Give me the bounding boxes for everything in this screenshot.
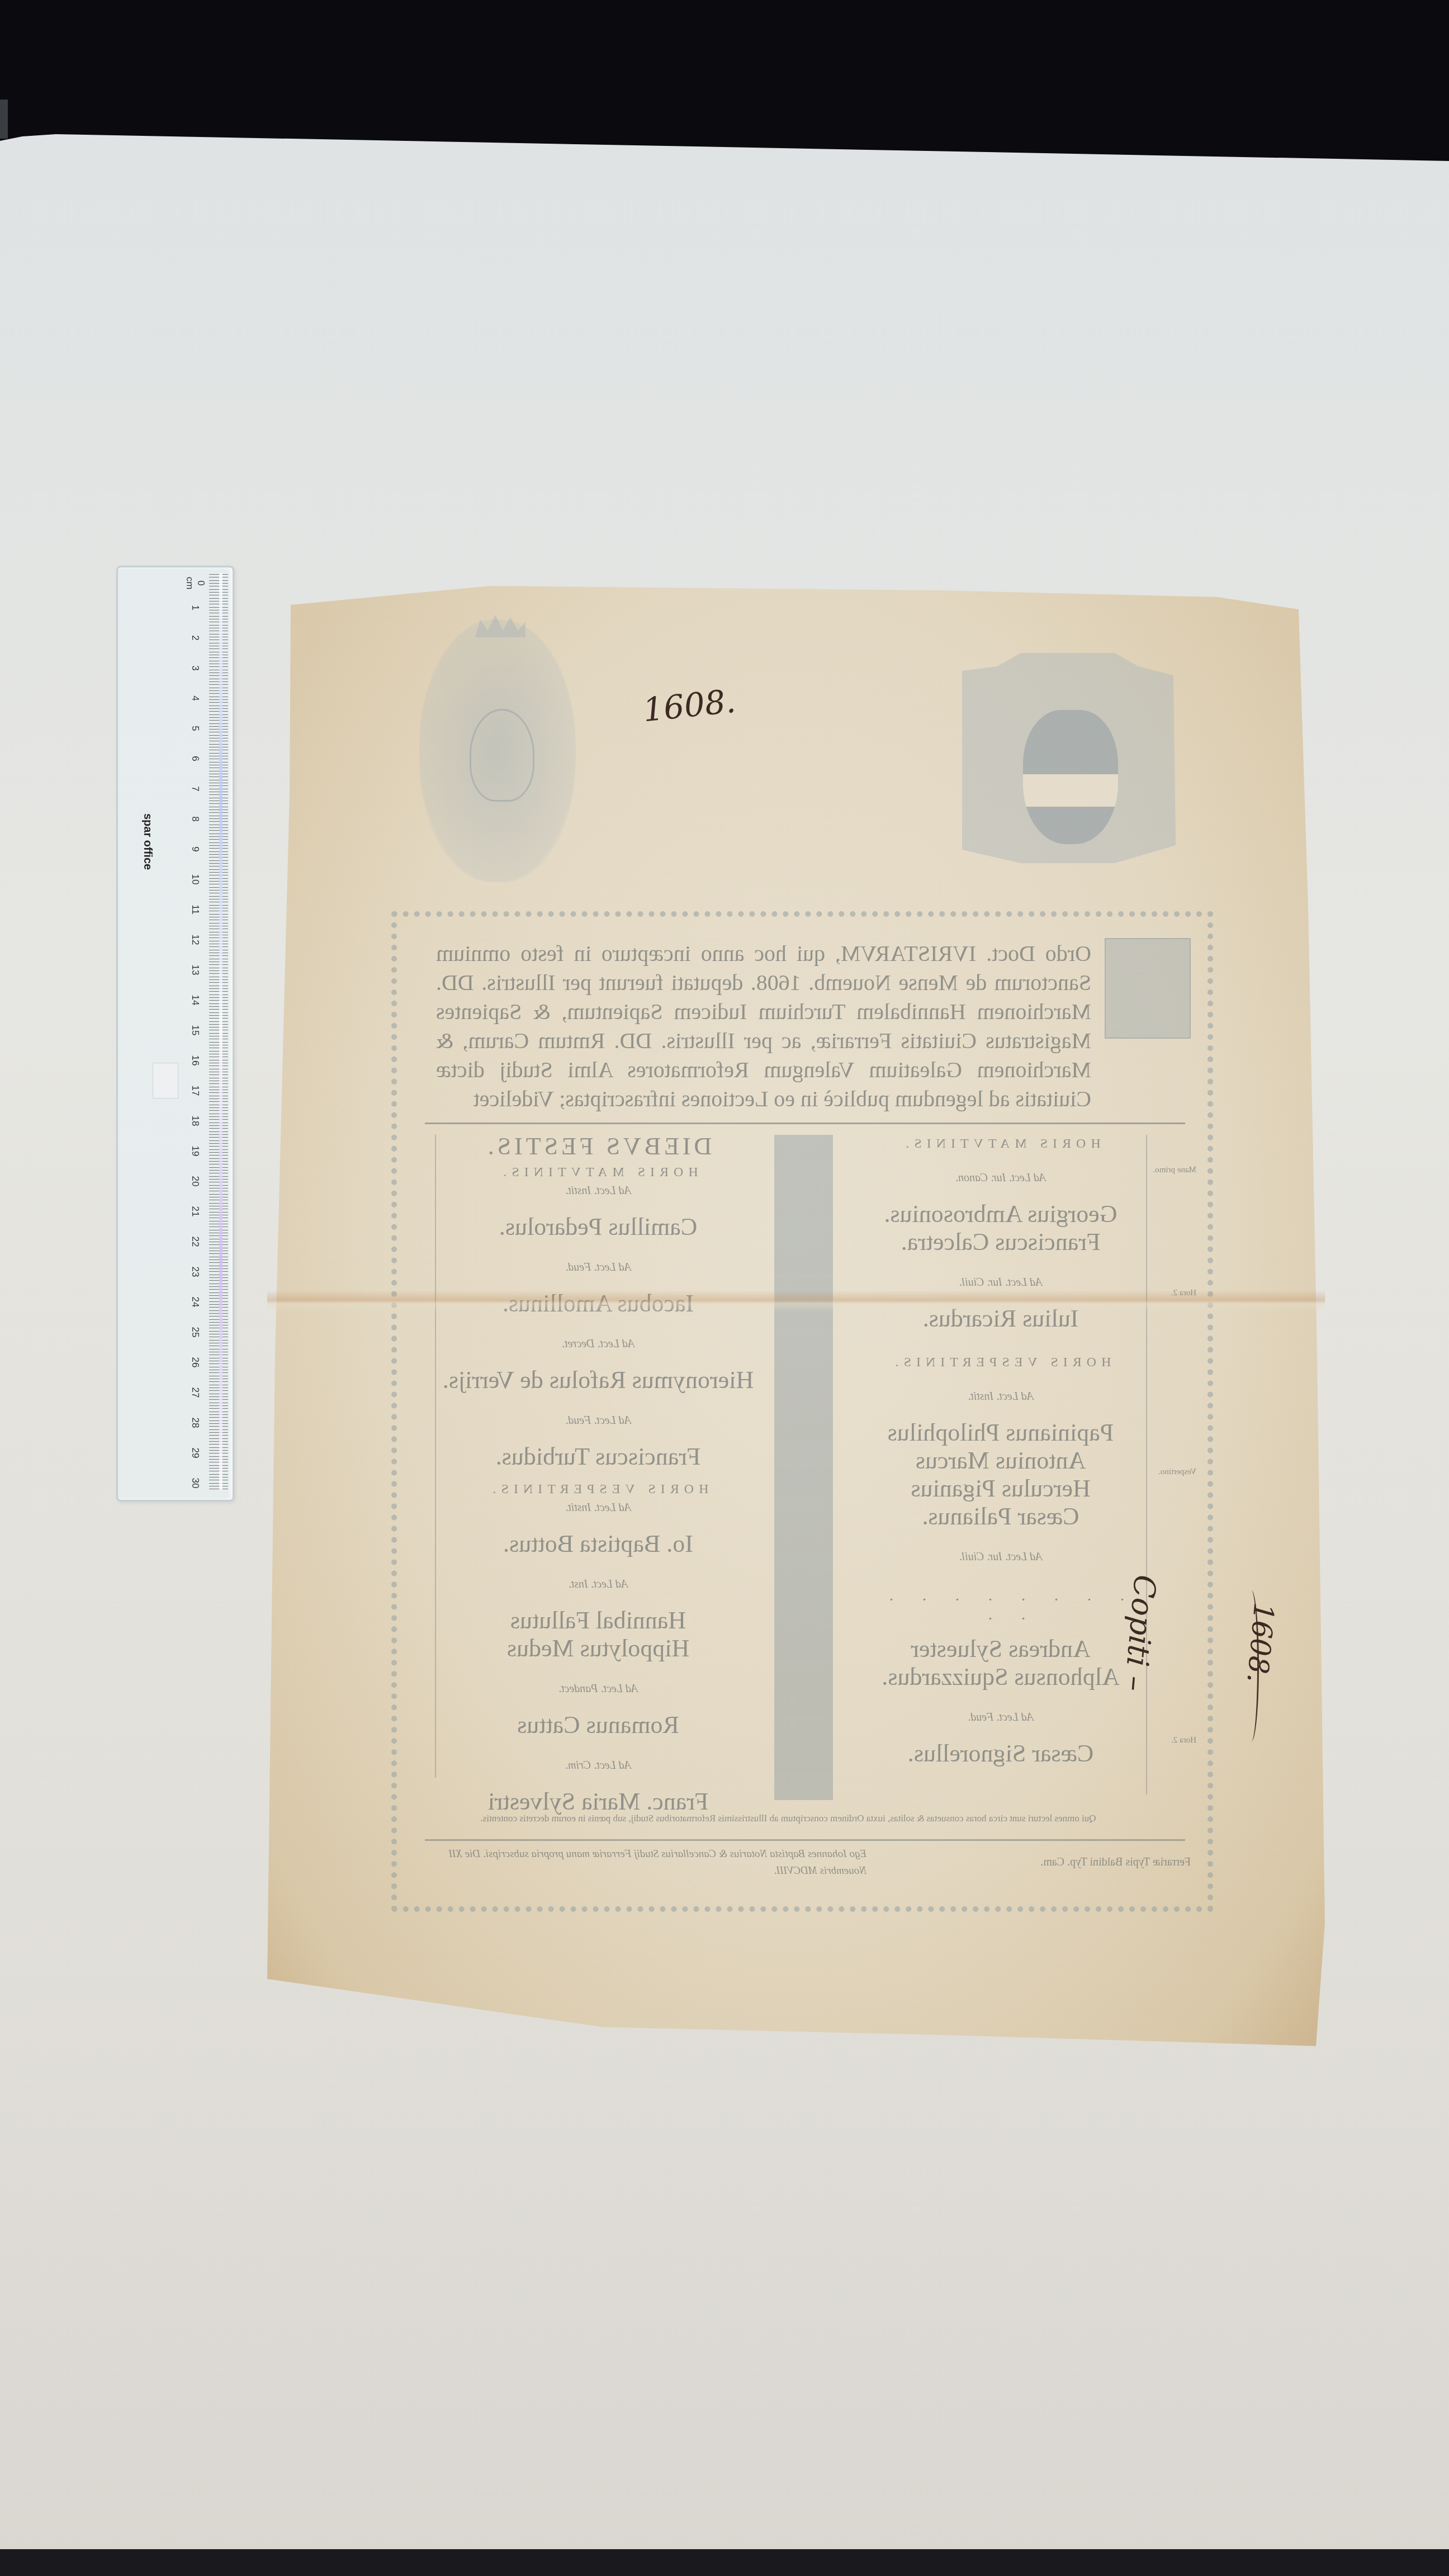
tape-corner: [0, 100, 8, 139]
ruler-tick: 13: [190, 962, 201, 978]
section-header: HORIS VESPERTINIS.: [861, 1355, 1140, 1370]
lecturer-name: Papinianus Philophilus: [861, 1419, 1140, 1447]
lecturer-name: Cæsar Palianus.: [861, 1503, 1140, 1531]
ruler-tick: 12: [190, 931, 201, 948]
ruler-tick: 6: [190, 750, 201, 767]
dotted-separator: . . . . . . . . . .: [861, 1586, 1140, 1624]
ruler-tick: 8: [190, 811, 201, 827]
column-rule: [435, 1135, 436, 1778]
lecturer-name: Alphonsus Squizzardus.: [861, 1663, 1140, 1691]
printed-lecture-roll: Ordo Doct. IVRISTARVM, qui hoc anno incæ…: [391, 911, 1213, 1912]
ruler-tick: 10: [190, 871, 201, 888]
ruler-tick: 23: [190, 1263, 201, 1280]
divider: [425, 1123, 1185, 1124]
ruler-tick: 5: [190, 720, 201, 737]
measuring-ruler: 0 cm 1 2 3 4 5 6 7 8 9 10 11 12 13 14 15…: [116, 566, 234, 1502]
subject-label: Ad Lect. Iur. Ciuil.: [861, 1276, 1140, 1289]
ruler-tick: 20: [190, 1173, 201, 1190]
lecturer-name: Romanus Cattus: [442, 1711, 755, 1739]
center-ornament-bar: [774, 1135, 833, 1800]
subject-label: Ad Lect. Inst.: [442, 1578, 755, 1591]
ruler-tick: 14: [190, 992, 201, 1008]
lecturer-name: Camillus Pedarolus.: [442, 1213, 755, 1241]
ruler-tick: 21: [190, 1203, 201, 1220]
margin-label: Hora 2.: [1171, 1736, 1196, 1745]
section-header: HORIS MATVTINIS.: [861, 1137, 1140, 1152]
ruler-tick: 30: [190, 1475, 201, 1491]
lecturer-name: Franciscus Calcetra.: [861, 1228, 1140, 1256]
notary-attestation: Ego Iohannes Baptista Notarius & Cancell…: [419, 1846, 866, 1879]
ruler-tick: 19: [190, 1143, 201, 1159]
lecturer-name: Franciscus Turbidus.: [442, 1443, 755, 1471]
subject-label: Ad Lect. Feud.: [442, 1414, 755, 1427]
footnote: Qui omnes lecturi sunt circa horas consu…: [425, 1811, 1152, 1826]
ruler-unit-label: 0 cm: [184, 575, 206, 591]
lecturer-name: Hippolytus Medus: [442, 1635, 755, 1663]
subject-label: Ad Lect. Decret.: [442, 1338, 755, 1351]
ruler-tick: 15: [190, 1022, 201, 1039]
ruler-tick: 22: [190, 1233, 201, 1250]
margin-label: Vespertino.: [1158, 1467, 1196, 1477]
subject-label: Ad Lect. Iur. Canon.: [861, 1172, 1140, 1185]
ruler-tick: 7: [190, 780, 201, 797]
coat-of-arms-left-icon: [419, 619, 576, 882]
ruler-tick: 2: [190, 629, 201, 646]
ruler-tick: 17: [190, 1082, 201, 1099]
lecturer-name: Antonius Marcus: [861, 1447, 1140, 1475]
ruler-tick: 16: [190, 1052, 201, 1069]
lecturer-name: Herculus Piganius: [861, 1475, 1140, 1503]
ruler-brand: spar office: [141, 813, 154, 870]
feast-days-column: DIEBVS FESTIS. HORIS MATVTINIS. Ad Lect.…: [442, 1132, 755, 1816]
coat-of-arms-right-icon: [950, 648, 1185, 872]
printer-imprint: Ferrariæ Typis Baldini Typ. Cam.: [1040, 1856, 1191, 1869]
intro-text: Ordo Doct. IVRISTARVM, qui hoc anno incæ…: [436, 939, 1091, 1114]
ruler-tick: 3: [190, 660, 201, 676]
divider: [425, 1839, 1185, 1841]
lecturer-name: Hieronymus Rafolus de Verrijs.: [442, 1366, 755, 1394]
column-rule: [1146, 1135, 1147, 1794]
subject-label: Ad Lect. Crim.: [442, 1759, 755, 1772]
section-header: DIEBVS FESTIS.: [442, 1132, 755, 1161]
intro-paragraph: Ordo Doct. IVRISTARVM, qui hoc anno incæ…: [436, 939, 1180, 1114]
subject-label: Ad Lect. Instit.: [442, 1185, 755, 1197]
shield-icon: [470, 709, 534, 802]
handwritten-year-note: 1608.: [1241, 1602, 1280, 1684]
ruler-tick: 9: [190, 841, 201, 858]
shield-icon: [1023, 710, 1118, 844]
ruler-tick: 27: [190, 1384, 201, 1401]
ruler-tick: 26: [190, 1354, 201, 1371]
ruler-scale: [209, 574, 228, 1491]
ruler-tick: 18: [190, 1112, 201, 1129]
weekday-column: HORIS MATVTINIS. Ad Lect. Iur. Canon. Ge…: [861, 1132, 1140, 1768]
lecturer-name: Hannibal Fallutus: [442, 1607, 755, 1635]
ruler-tick: 28: [190, 1414, 201, 1431]
subject-label: Ad Lect. Instit.: [861, 1390, 1140, 1403]
subject-label: Ad Lect. Iur. Ciuil.: [861, 1551, 1140, 1564]
subject-label: Ad Lect. Instit.: [442, 1502, 755, 1514]
margin-label: Mane primo.: [1153, 1166, 1196, 1175]
ruler-tick: 25: [190, 1324, 201, 1341]
lecturer-name: Andreas Syluester: [861, 1635, 1140, 1663]
ruler-tick: 24: [190, 1294, 201, 1310]
lecturer-name: Io. Baptista Bottus.: [442, 1530, 755, 1558]
ruler-tick: 1: [190, 599, 201, 616]
subject-label: Ad Lect. Pandect.: [442, 1683, 755, 1696]
lecturer-name: Georgius Ambrosonius.: [861, 1200, 1140, 1228]
ruler-tick: 29: [190, 1445, 201, 1461]
fold-crease: [267, 1290, 1325, 1313]
ruler-reflection: [219, 573, 222, 1490]
bottom-edge: [0, 2549, 1449, 2576]
ruler-sticker: [153, 1063, 178, 1098]
section-subheader: HORIS MATVTINIS.: [442, 1165, 755, 1180]
section-header: HORIS VESPERTINIS.: [442, 1482, 755, 1497]
subject-label: Ad Lect. Feud.: [861, 1711, 1140, 1724]
ruler-tick: 4: [190, 690, 201, 707]
ruler-tick: 11: [190, 901, 201, 918]
subject-label: Ad Lect. Feud.: [442, 1261, 755, 1274]
lecturer-name: Cæsar Signorellus.: [861, 1740, 1140, 1768]
